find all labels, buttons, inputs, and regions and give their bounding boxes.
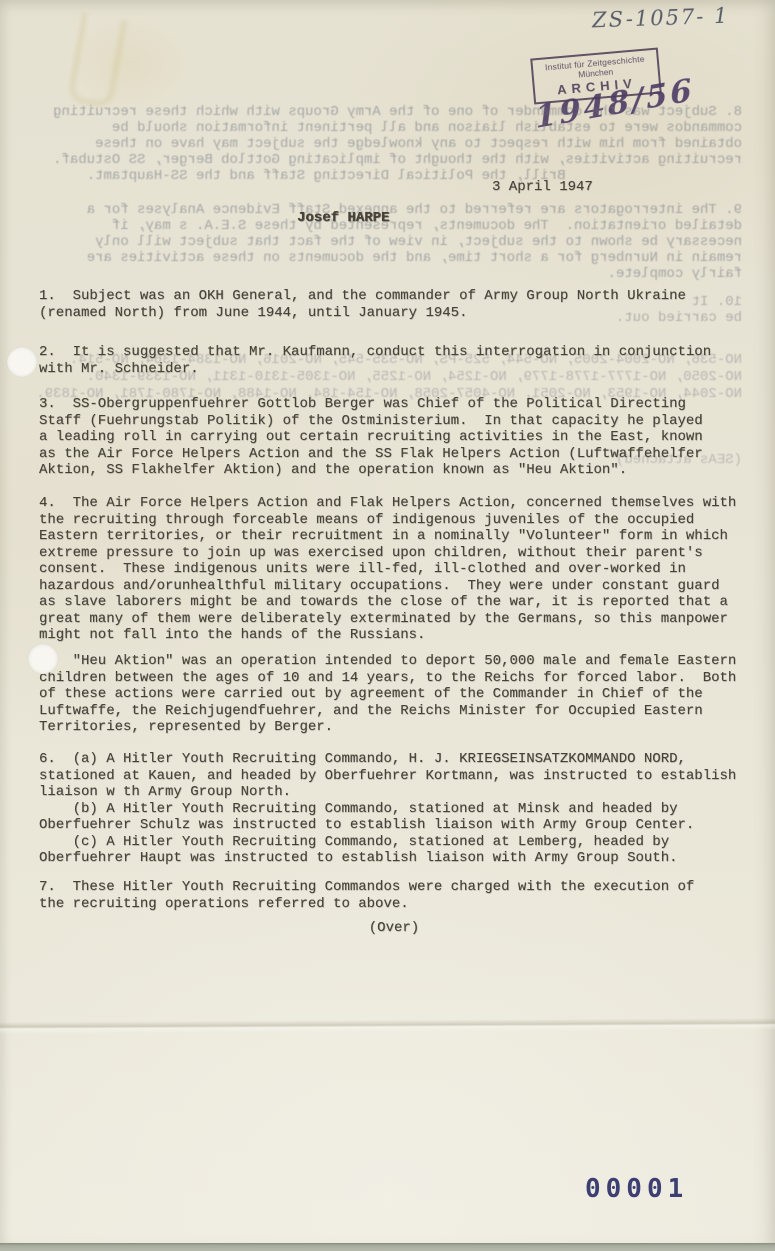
hole-punch-top bbox=[7, 347, 37, 377]
typed-line: as slave laborers might be and towards t… bbox=[39, 594, 749, 611]
typed-line: Staff (Fuehrungstab Politik) of the Ostm… bbox=[39, 413, 749, 430]
typed-line: Oberfuehrer Haupt was instructed to esta… bbox=[39, 850, 749, 867]
paragraph-3: 3. SS-Obergruppenfuehrer Gottlob Berger … bbox=[39, 396, 749, 479]
typed-line: (c) A Hitler Youth Recruiting Commando, … bbox=[39, 834, 749, 851]
typed-line: remain in Nurnberg for a short time, and… bbox=[31, 250, 742, 266]
typed-line: (b) A Hitler Youth Recruiting Commando, … bbox=[39, 801, 749, 818]
typed-line: 4. The Air Force Helpers Action and Flak… bbox=[39, 495, 749, 512]
typed-line: commandos were to establish liaison and … bbox=[31, 120, 742, 136]
typed-line: a leading roll in carrying out certain r… bbox=[39, 429, 749, 446]
typed-line: liaison w th Army Group North. bbox=[39, 784, 749, 801]
bleedthrough-paragraph-8: 8. Subject was the commander of one of t… bbox=[31, 104, 742, 184]
scanned-document-page: ZS-1057- 1 Institut für Zeitgeschichte M… bbox=[0, 0, 775, 1251]
typed-line: 3. SS-Obergruppenfuehrer Gottlob Berger … bbox=[39, 396, 749, 413]
paragraph-5: 5. "Heu Aktion" was an operation intende… bbox=[39, 653, 749, 736]
typed-line: with Mr. Schneider. bbox=[39, 361, 749, 378]
typed-line: 6. (a) A Hitler Youth Recruiting Command… bbox=[39, 751, 749, 768]
page-number-stamp: 00001 bbox=[585, 1174, 688, 1204]
typed-line: the recruiting operations referred to ab… bbox=[39, 896, 749, 913]
typed-line: 5. "Heu Aktion" was an operation intende… bbox=[39, 653, 749, 670]
paragraph-7: 7. These Hitler Youth Recruiting Command… bbox=[39, 879, 749, 912]
typed-line: (renamed North) from June 1944, until Ja… bbox=[39, 305, 749, 322]
typed-line: the recruiting through forceable means o… bbox=[39, 512, 749, 529]
typed-line: 7. These Hitler Youth Recruiting Command… bbox=[39, 879, 749, 896]
typed-line: necessary be shown to the subject, in vi… bbox=[31, 234, 742, 250]
typed-line: Aktion, SS Flakhelfer Aktion) and the op… bbox=[39, 462, 749, 479]
over-note: (Over) bbox=[39, 920, 749, 937]
archive-reference-handwritten: ZS-1057- 1 bbox=[592, 4, 730, 33]
typed-line: 1. Subject was an OKH General, and the c… bbox=[39, 288, 749, 305]
scanner-edge bbox=[0, 1243, 775, 1251]
subject-name: Josef HARPE bbox=[297, 210, 389, 227]
typed-line: great many of them were deliberately ext… bbox=[39, 611, 749, 628]
paragraph-6: 6. (a) A Hitler Youth Recruiting Command… bbox=[39, 751, 749, 867]
typed-line: children between the ages of 10 and 14 y… bbox=[39, 670, 749, 687]
typed-line: Brill, the Political Directing Staff and… bbox=[31, 168, 742, 184]
hole-punch-bottom bbox=[28, 644, 58, 674]
typed-line: might not fall into the hands of the Rus… bbox=[39, 627, 749, 644]
typed-line: Eastern territories, or their recruitmen… bbox=[39, 528, 749, 545]
typed-line: stationed at Kauen, and headed by Oberfu… bbox=[39, 768, 749, 785]
typed-line: Territories, represented by Berger. bbox=[39, 719, 749, 736]
typed-line: recruiting activities, with the thought … bbox=[31, 152, 742, 168]
paragraph-4: 4. The Air Force Helpers Action and Flak… bbox=[39, 495, 749, 644]
typed-line: consent. These indigenous units were ill… bbox=[39, 561, 749, 578]
fold-crease bbox=[0, 1018, 775, 1034]
typed-line: obtained from him with respect to any kn… bbox=[31, 136, 742, 152]
document-date: 3 April 1947 bbox=[492, 179, 593, 196]
typed-line: extreme pressure to join up was exercise… bbox=[39, 545, 749, 562]
typed-line: 2. It is suggested that Mr. Kaufmann, co… bbox=[39, 344, 749, 361]
typed-line: Oberfuehrer Schulz was instructed to est… bbox=[39, 817, 749, 834]
paragraph-1: 1. Subject was an OKH General, and the c… bbox=[39, 288, 749, 321]
typed-line: of these actions were carried out by agr… bbox=[39, 686, 749, 703]
typed-line: as the Air Force Helpers Action and the … bbox=[39, 446, 749, 463]
paragraph-2: 2. It is suggested that Mr. Kaufmann, co… bbox=[39, 344, 749, 377]
typed-line: fairly complete. bbox=[31, 266, 742, 282]
typed-line: Luftwaffe, the Reichjugendfuehrer, and t… bbox=[39, 703, 749, 720]
typed-line: 8. Subject was the commander of one of t… bbox=[31, 104, 742, 120]
typed-line: hazardous and/orunhealthful military occ… bbox=[39, 578, 749, 595]
